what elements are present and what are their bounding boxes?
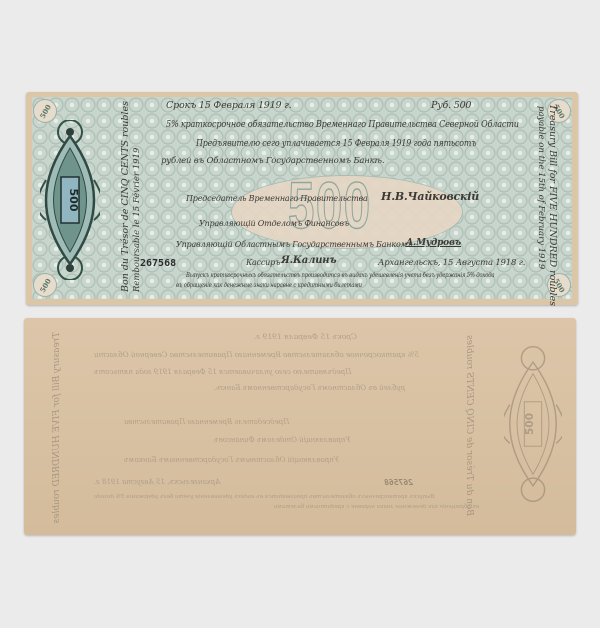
footnote-line-2: въ обращеніе как денежные знаки наравне …	[176, 282, 362, 289]
mirrored-footnote-2: въ обращеніе как денежные знаки наравне …	[274, 504, 479, 510]
svg-text:500: 500	[67, 189, 80, 212]
denomination-label: Руб. 500	[431, 100, 471, 111]
mirrored-body-1: Предъявителю сего уплачивается 15 Феврал…	[94, 368, 351, 376]
mirrored-emblem-icon: 500	[504, 344, 562, 504]
mirrored-signature-1: Председатель Временнаго Правительства	[124, 418, 289, 426]
watermark-denomination: 500	[288, 170, 372, 240]
banknote-front: 500 500 500 500 500 Bon du Trésor de CIN…	[26, 92, 578, 305]
left-side-text-french: Bon du Trésor de CINQ CENTS roubles	[120, 101, 131, 292]
signature-label-2: Управляющій Отделомъ Финансовъ	[199, 219, 349, 228]
right-side-text-english: Treasury Bill for FIVE HUNDRED roubles	[547, 104, 558, 306]
signature-cashier: Я.Калинъ	[281, 255, 336, 266]
maturity-date: Срокъ 15 Февраля 1919 г.	[166, 100, 292, 111]
mirrored-date: Срокъ 15 Февраля 1919 г.	[254, 332, 357, 341]
mirrored-body-2: рублей въ Областномъ Государственномъ Ба…	[214, 384, 405, 392]
mirrored-side-text-english: Treasury Bill for FIVE HUNDRED roubles	[52, 332, 62, 523]
denomination-emblem-icon: 500	[40, 120, 100, 280]
mirrored-signature-3: Управляющій Областнымъ Государственнымъ …	[124, 456, 339, 464]
serial-number: 267568	[140, 258, 176, 269]
footnote-line-1: Выпускъ краткосрочныхъ обязательствъ про…	[186, 272, 494, 279]
banknote-back: 500 Bon du Trésor de CINQ CENTS roubles …	[24, 318, 576, 535]
mirrored-place-date: Архангельскъ, 15 Августа 1918 г.	[94, 478, 221, 486]
mirrored-title: 5% краткосрочное обязательство Временнаг…	[94, 350, 419, 359]
signature-3: А.Мудровъ	[406, 238, 461, 248]
cashier-label: Кассиръ	[246, 258, 280, 267]
signature-label-3: Управляющій Областнымъ Государственнымъ …	[176, 240, 412, 249]
mirrored-signature-2: Управляющій Отделомъ Финансовъ	[214, 436, 350, 444]
body-line-2: рублей въ Областномъ Государственномъ Ба…	[161, 156, 384, 166]
mirrored-side-text-french: Bon du Trésor de CINQ CENTS roubles	[464, 335, 474, 516]
left-side-text-french-2: Remboursable le 15 Février 1919	[132, 148, 142, 292]
signature-1: Н.В.Чайковскій	[381, 190, 479, 203]
body-line-1: Предъявителю сего уплачивается 15 Феврал…	[196, 139, 476, 149]
title-line: 5% краткосрочное обязательство Временнаг…	[166, 120, 519, 130]
corner-value: 500	[37, 102, 52, 119]
signature-label-1: Председатель Временнаго Правительства	[186, 194, 368, 203]
mirrored-serial: 267568	[384, 478, 413, 487]
mirrored-footnote-1: Выпускъ краткосрочныхъ обязательствъ про…	[94, 494, 435, 500]
place-date: Архангельскъ, 15 Августа 1918 г.	[378, 258, 525, 268]
svg-text:500: 500	[523, 413, 536, 435]
right-side-text-english-2: payable on the 15th of February 1919	[536, 106, 546, 269]
